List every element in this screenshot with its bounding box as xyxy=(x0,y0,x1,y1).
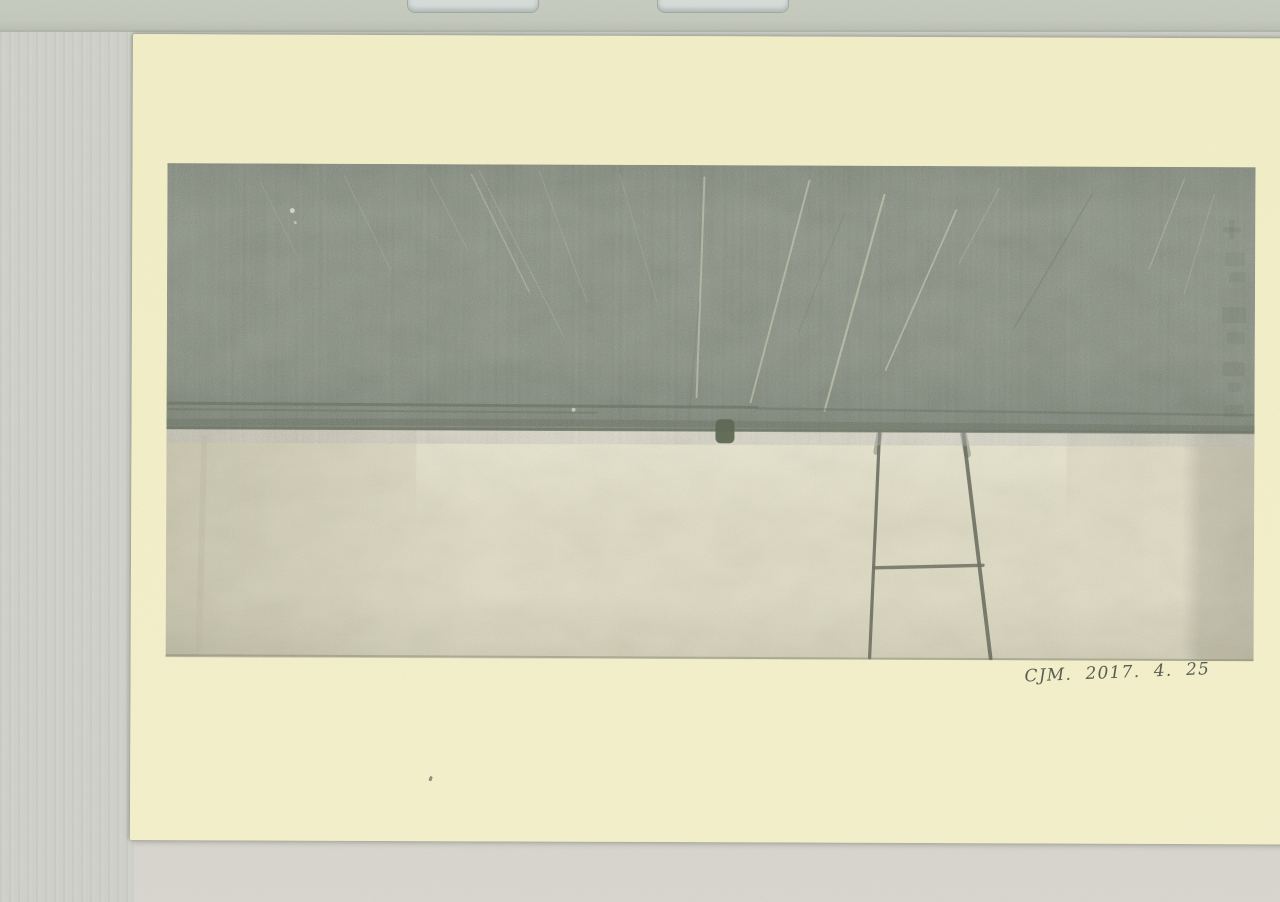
scanner-bed-left-streaks xyxy=(0,30,134,902)
dark-nub-mark xyxy=(715,419,734,443)
paper-sheet: CJM. 2017. 4. 25 xyxy=(130,34,1280,844)
pencil-artwork xyxy=(166,163,1256,661)
band-grain-texture xyxy=(166,163,1255,433)
artwork-canvas xyxy=(166,163,1256,661)
keyboard-key-shape-left xyxy=(407,0,539,13)
artist-signature: CJM. 2017. 4. 25 xyxy=(1024,661,1210,685)
charcoal-band xyxy=(166,163,1255,433)
keyboard-key-shape-right xyxy=(657,0,789,13)
scanned-drawing-photo: CJM. 2017. 4. 25 xyxy=(0,0,1280,902)
scanner-top-edge-strip xyxy=(0,0,1280,32)
paper-speck xyxy=(428,776,433,782)
lower-area-grain-texture xyxy=(166,429,1255,661)
